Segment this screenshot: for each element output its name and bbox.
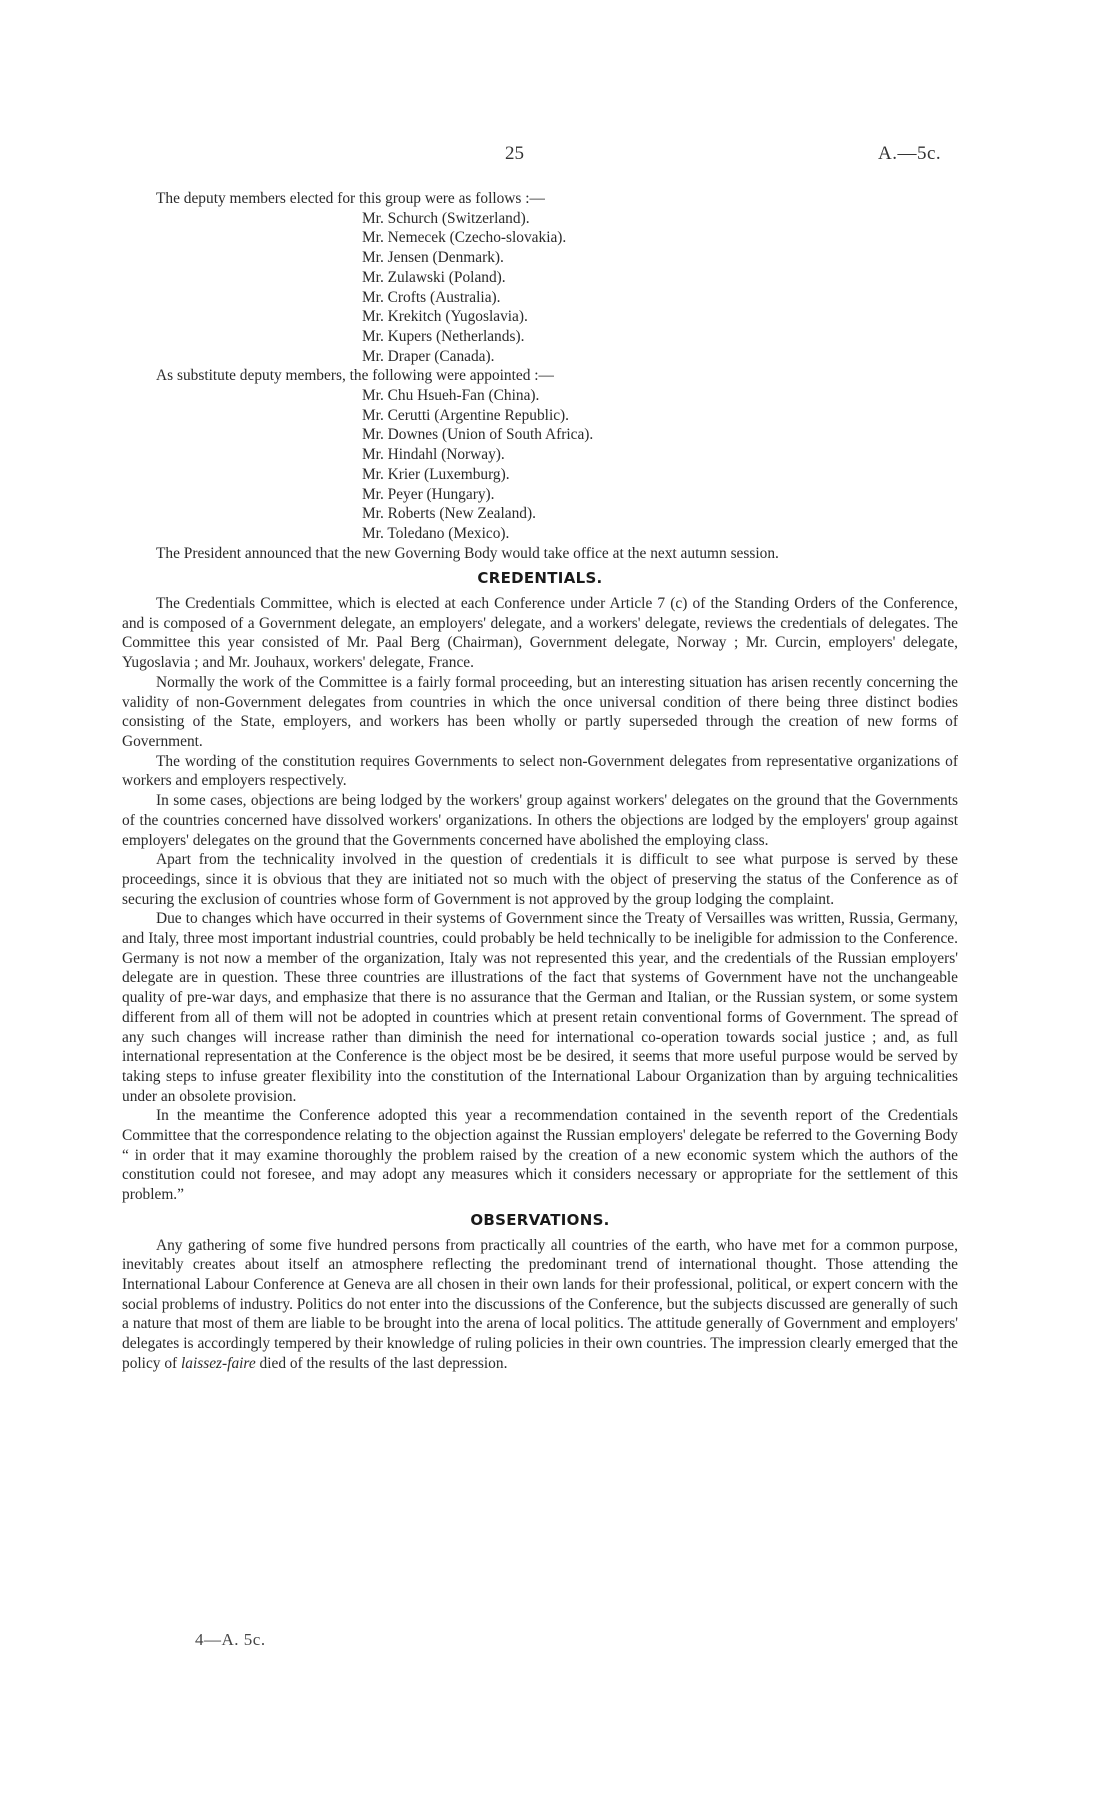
list-item: Mr. Toledano (Mexico). (362, 524, 958, 544)
list-item: Mr. Krekitch (Yugoslavia). (362, 307, 958, 327)
list-item: Mr. Roberts (New Zealand). (362, 504, 958, 524)
credentials-paragraph: In the meantime the Conference adopted t… (122, 1106, 958, 1205)
list-item: Mr. Zulawski (Poland). (362, 268, 958, 288)
italic-term: laissez-faire (181, 1355, 256, 1372)
observations-text-start: Any gathering of some five hundred perso… (122, 1237, 958, 1372)
list-item: Mr. Crofts (Australia). (362, 288, 958, 308)
credentials-paragraph: Apart from the technicality involved in … (122, 850, 958, 909)
document-body: The deputy members elected for this grou… (122, 189, 958, 1373)
document-page: 25 A.—5c. The deputy members elected for… (0, 0, 1114, 1819)
list-item: Mr. Chu Hsueh-Fan (China). (362, 386, 958, 406)
credentials-paragraph: The Credentials Committee, which is elec… (122, 594, 958, 673)
credentials-paragraph: Normally the work of the Committee is a … (122, 673, 958, 752)
list-item: Mr. Kupers (Netherlands). (362, 327, 958, 347)
list-item: Mr. Schurch (Switzerland). (362, 209, 958, 229)
list-item: Mr. Cerutti (Argentine Republic). (362, 406, 958, 426)
substitute-members-intro: As substitute deputy members, the follow… (122, 366, 958, 386)
substitute-members-list: Mr. Chu Hsueh-Fan (China). Mr. Cerutti (… (122, 386, 958, 544)
list-item: Mr. Jensen (Denmark). (362, 248, 958, 268)
footer-signature: 4—A. 5c. (195, 1630, 266, 1650)
section-heading-observations: OBSERVATIONS. (122, 1211, 958, 1231)
deputy-members-intro: The deputy members elected for this grou… (122, 189, 958, 209)
deputy-members-list: Mr. Schurch (Switzerland). Mr. Nemecek (… (122, 209, 958, 367)
observations-text-end: died of the results of the last depressi… (256, 1355, 508, 1372)
credentials-paragraph: The wording of the constitution requires… (122, 752, 958, 791)
president-note: The President announced that the new Gov… (122, 544, 958, 564)
list-item: Mr. Draper (Canada). (362, 347, 958, 367)
list-item: Mr. Nemecek (Czecho-slovakia). (362, 228, 958, 248)
section-heading-credentials: CREDENTIALS. (122, 569, 958, 589)
list-item: Mr. Krier (Luxemburg). (362, 465, 958, 485)
page-number: 25 (505, 143, 524, 165)
credentials-paragraph: In some cases, objections are being lodg… (122, 791, 958, 850)
credentials-paragraph: Due to changes which have occurred in th… (122, 909, 958, 1106)
observations-paragraph: Any gathering of some five hundred perso… (122, 1236, 958, 1374)
list-item: Mr. Peyer (Hungary). (362, 485, 958, 505)
document-reference: A.—5c. (878, 143, 941, 165)
list-item: Mr. Downes (Union of South Africa). (362, 425, 958, 445)
list-item: Mr. Hindahl (Norway). (362, 445, 958, 465)
